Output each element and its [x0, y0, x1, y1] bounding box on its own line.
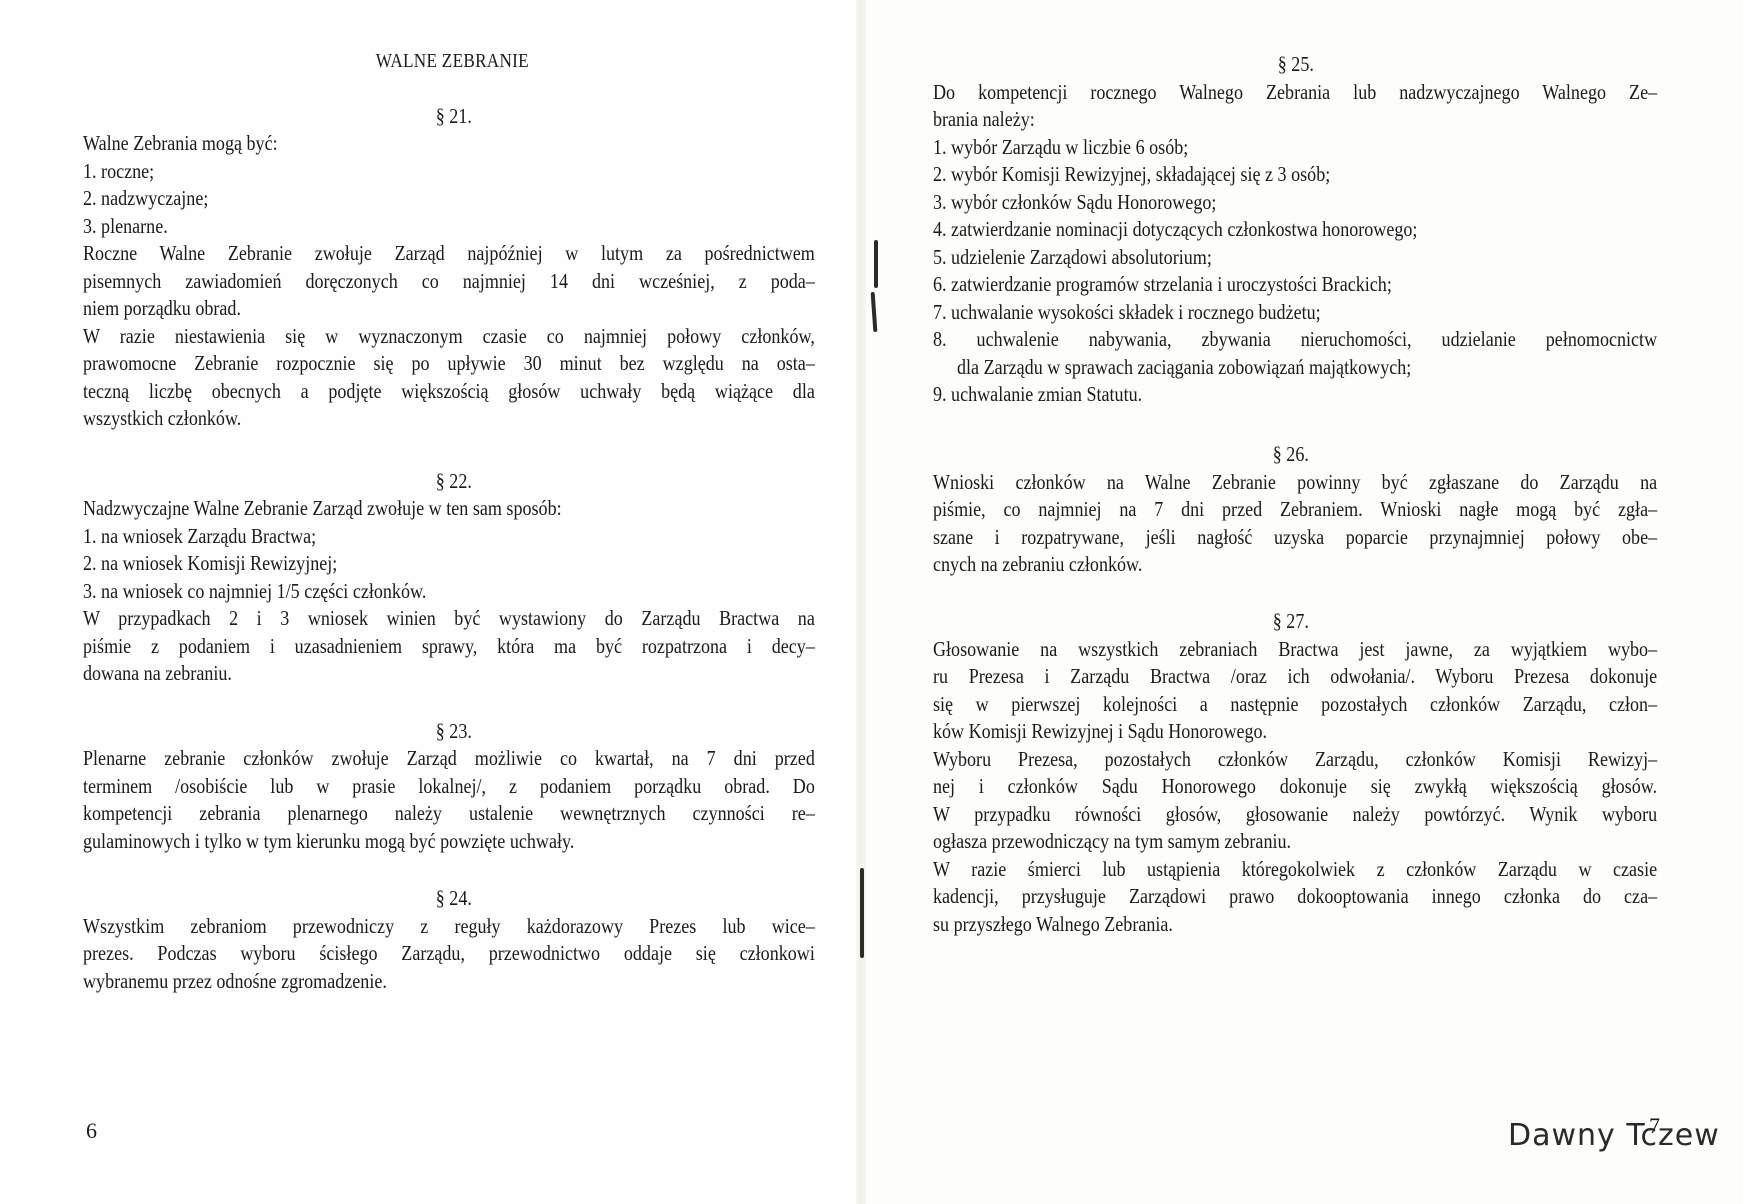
paragraph-line: W razie śmierci lub ustąpienia któregoko…	[933, 857, 1657, 881]
section-heading-21: § 21.	[428, 104, 480, 128]
section-heading-24: § 24.	[428, 886, 480, 910]
list-item: 3. plenarne.	[83, 214, 168, 238]
list-item: 5. udzielenie Zarządowi absolutorium;	[933, 245, 1212, 269]
paragraph-line: prezes. Podczas wyboru ścisłego Zarządu,…	[83, 941, 815, 965]
list-item: 3. wybór członków Sądu Honorowego;	[933, 190, 1216, 214]
paragraph-line: Walne Zebrania mogą być:	[83, 131, 278, 155]
watermark-logo: Dawny Tczew	[1508, 1118, 1720, 1153]
paragraph-line: su przyszłego Walnego Zebrania.	[933, 912, 1173, 936]
paragraph-line: terminem /osobiście lub w prasie lokalne…	[83, 774, 815, 798]
list-item: 4. zatwierdzanie nominacji dotyczących c…	[933, 217, 1417, 241]
section-heading-26: § 26.	[1265, 442, 1317, 466]
left-page: WALNE ZEBRANIE § 21. Walne Zebrania mogą…	[0, 0, 862, 1204]
paragraph-line: W przypadku równości głosów, głosowanie …	[933, 802, 1657, 826]
paragraph-line: W razie niestawienia się w wyznaczonym c…	[83, 324, 815, 348]
paragraph-line: gulaminowych i tylko w tym kierunku mogą…	[83, 829, 574, 853]
paragraph-line: prawomocne Zebranie rozpocznie się po up…	[83, 351, 815, 375]
paragraph-line: kadencji, przysługuje Zarządowi prawo do…	[933, 884, 1657, 908]
page-number-left: 6	[86, 1118, 97, 1144]
list-item-continuation: dla Zarządu w sprawach zaciągania zobowi…	[957, 355, 1411, 379]
paragraph-line: Wyboru Prezesa, pozostałych członków Zar…	[933, 747, 1657, 771]
paragraph-line: brania należy:	[933, 107, 1035, 131]
paragraph-line: Wnioski członków na Walne Zebranie powin…	[933, 470, 1657, 494]
paragraph-line: ogłasza przewodniczący na tym samym zebr…	[933, 829, 1291, 853]
section-heading-25: § 25.	[1270, 52, 1322, 76]
list-item: 6. zatwierdzanie programów strzelania i …	[933, 272, 1392, 296]
paragraph-line: Do kompetencji rocznego Walnego Zebrania…	[933, 80, 1657, 104]
list-item: 1. wybór Zarządu w liczbie 6 osób;	[933, 135, 1188, 159]
list-item: 7. uchwalanie wysokości składek i roczne…	[933, 300, 1321, 324]
paragraph-line: się w pierwszej kolejności a następnie p…	[933, 692, 1657, 716]
paragraph-line: cnych na zebraniu członków.	[933, 552, 1142, 576]
paragraph-line: Nadzwyczajne Walne Zebranie Zarząd zwołu…	[83, 496, 562, 520]
paragraph-line: piśmie, co najmniej na 7 dni przed Zebra…	[933, 497, 1657, 521]
list-item: 1. roczne;	[83, 159, 154, 183]
paragraph-line: piśmie z podaniem i uzasadnieniem sprawy…	[83, 634, 815, 658]
paragraph-line: pisemnych zawiadomień doręczonych co naj…	[83, 269, 815, 293]
paragraph-line: niem porządku obrad.	[83, 296, 241, 320]
paragraph-line: kompetencji zebrania plenarnego należy u…	[83, 801, 815, 825]
list-item: 9. uchwalanie zmian Statutu.	[933, 382, 1142, 406]
paragraph-line: Wszystkim zebraniom przewodniczy z reguł…	[83, 914, 815, 938]
list-item: 8. uchwalenie nabywania, zbywania nieruc…	[933, 327, 1657, 351]
paragraph-line: wybranemu przez odnośne zgromadzenie.	[83, 969, 387, 993]
section-heading-23: § 23.	[428, 719, 480, 743]
list-item: 2. na wniosek Komisji Rewizyjnej;	[83, 551, 337, 575]
paragraph-line: W przypadkach 2 i 3 wniosek winien być w…	[83, 606, 815, 630]
paragraph-line: Plenarne zebranie członków zwołuje Zarzą…	[83, 746, 815, 770]
paragraph-line: wszystkich członków.	[83, 406, 241, 430]
list-item: 2. wybór Komisji Rewizyjnej, składającej…	[933, 162, 1330, 186]
section-heading-27: § 27.	[1265, 609, 1317, 633]
list-item: 2. nadzwyczajne;	[83, 186, 208, 210]
list-item: 1. na wniosek Zarządu Bractwa;	[83, 524, 316, 548]
paragraph-line: Głosowanie na wszystkich zebraniach Brac…	[933, 637, 1657, 661]
section-heading-22: § 22.	[428, 469, 480, 493]
list-item: 3. na wniosek co najmniej 1/5 części czł…	[83, 579, 426, 603]
paragraph-line: teczną liczbę obecnych a podjęte większo…	[83, 379, 815, 403]
paragraph-line: dowana na zebraniu.	[83, 661, 232, 685]
paragraph-line: ru Prezesa i Zarządu Bractwa /oraz ich o…	[933, 664, 1657, 688]
paragraph-line: nej i członków Sądu Honorowego dokonuje …	[933, 774, 1657, 798]
paragraph-line: Roczne Walne Zebranie zwołuje Zarząd naj…	[83, 241, 815, 265]
page-title: WALNE ZEBRANIE	[350, 49, 555, 73]
paragraph-line: ków Komisji Rewizyjnej i Sądu Honorowego…	[933, 719, 1267, 743]
paragraph-line: szane i rozpatrywane, jeśli nagłość uzys…	[933, 525, 1657, 549]
